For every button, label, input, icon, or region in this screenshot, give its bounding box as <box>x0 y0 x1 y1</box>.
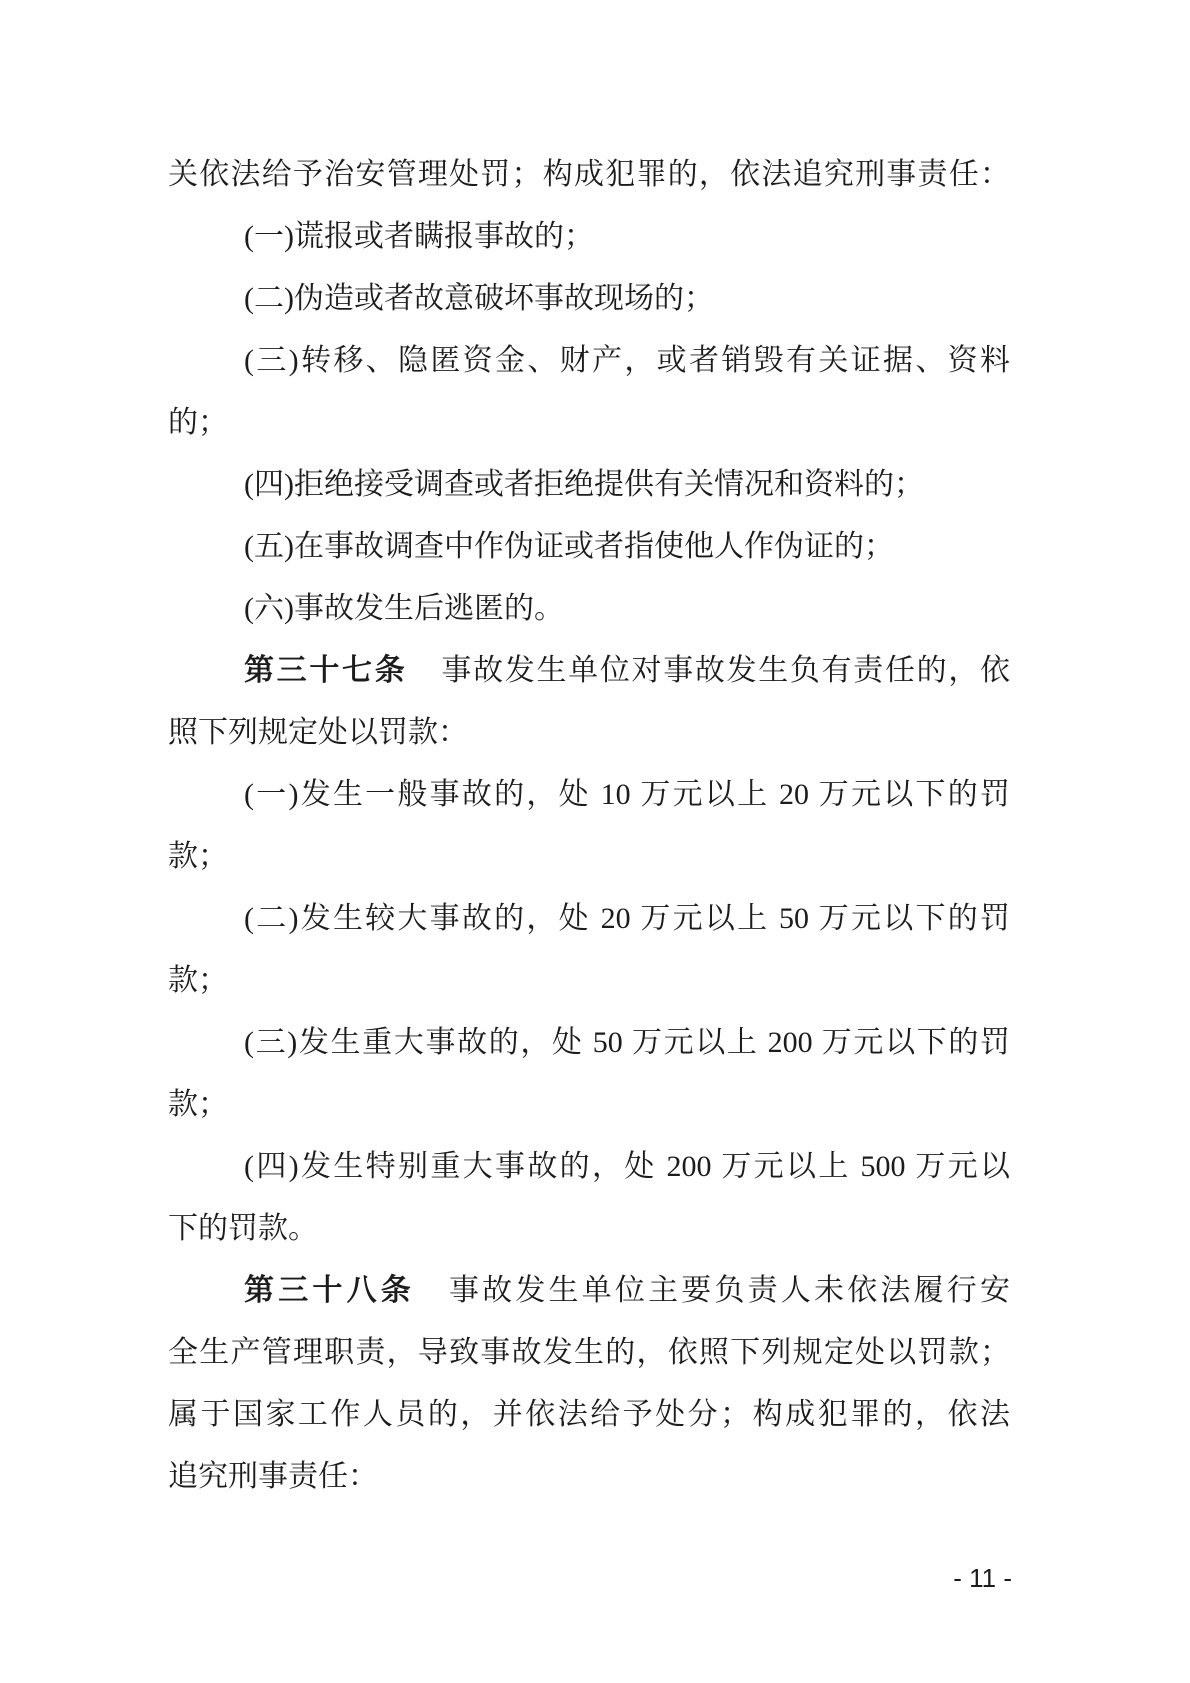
text-line-article-38: 第三十八条事故发生单位主要负责人未依法履行安 <box>168 1260 1010 1322</box>
text-line: (一)发生一般事故的，处 10 万元以上 20 万元以下的罚 <box>168 764 1010 826</box>
text-line: 款； <box>168 826 1010 888</box>
text-line: (二)伪造或者故意破坏事故现场的； <box>168 268 1010 330</box>
text-line: 属于国家工作人员的，并依法给予处分；构成犯罪的，依法 <box>168 1384 1010 1446</box>
text-line: 下的罚款。 <box>168 1198 1010 1260</box>
text-line: (四)发生特别重大事故的，处 200 万元以上 500 万元以 <box>168 1136 1010 1198</box>
page-number: - 11 - <box>953 1563 1012 1593</box>
text-line: 款； <box>168 950 1010 1012</box>
text-line: 全生产管理职责，导致事故发生的，依照下列规定处以罚款； <box>168 1322 1010 1384</box>
text-line: (五)在事故调查中作伪证或者指使他人作伪证的； <box>168 516 1010 578</box>
text-line: 追究刑事责任： <box>168 1446 1010 1508</box>
text-line: (二)发生较大事故的，处 20 万元以上 50 万元以下的罚 <box>168 888 1010 950</box>
text-line: 照下列规定处以罚款： <box>168 702 1010 764</box>
article-number-heading: 第三十七条 <box>244 654 407 687</box>
article-text: 事故发生单位对事故发生负有责任的，依 <box>441 654 1010 687</box>
article-number-heading: 第三十八条 <box>244 1274 415 1307</box>
text-line: 的； <box>168 392 1010 454</box>
text-line: (一)谎报或者瞒报事故的； <box>168 206 1010 268</box>
article-text: 事故发生单位主要负责人未依法履行安 <box>449 1274 1010 1307</box>
text-line: 款； <box>168 1074 1010 1136</box>
document-text-block: 关依法给予治安管理处罚；构成犯罪的，依法追究刑事责任： (一)谎报或者瞒报事故的… <box>168 144 1010 1508</box>
text-line-article-37: 第三十七条事故发生单位对事故发生负有责任的，依 <box>168 640 1010 702</box>
text-line: 关依法给予治安管理处罚；构成犯罪的，依法追究刑事责任： <box>168 144 1010 206</box>
text-line: (四)拒绝接受调查或者拒绝提供有关情况和资料的； <box>168 454 1010 516</box>
text-line: (六)事故发生后逃匿的。 <box>168 578 1010 640</box>
text-line: (三)发生重大事故的，处 50 万元以上 200 万元以下的罚 <box>168 1012 1010 1074</box>
document-page: 关依法给予治安管理处罚；构成犯罪的，依法追究刑事责任： (一)谎报或者瞒报事故的… <box>0 0 1190 1683</box>
text-line: (三)转移、隐匿资金、财产，或者销毁有关证据、资料 <box>168 330 1010 392</box>
